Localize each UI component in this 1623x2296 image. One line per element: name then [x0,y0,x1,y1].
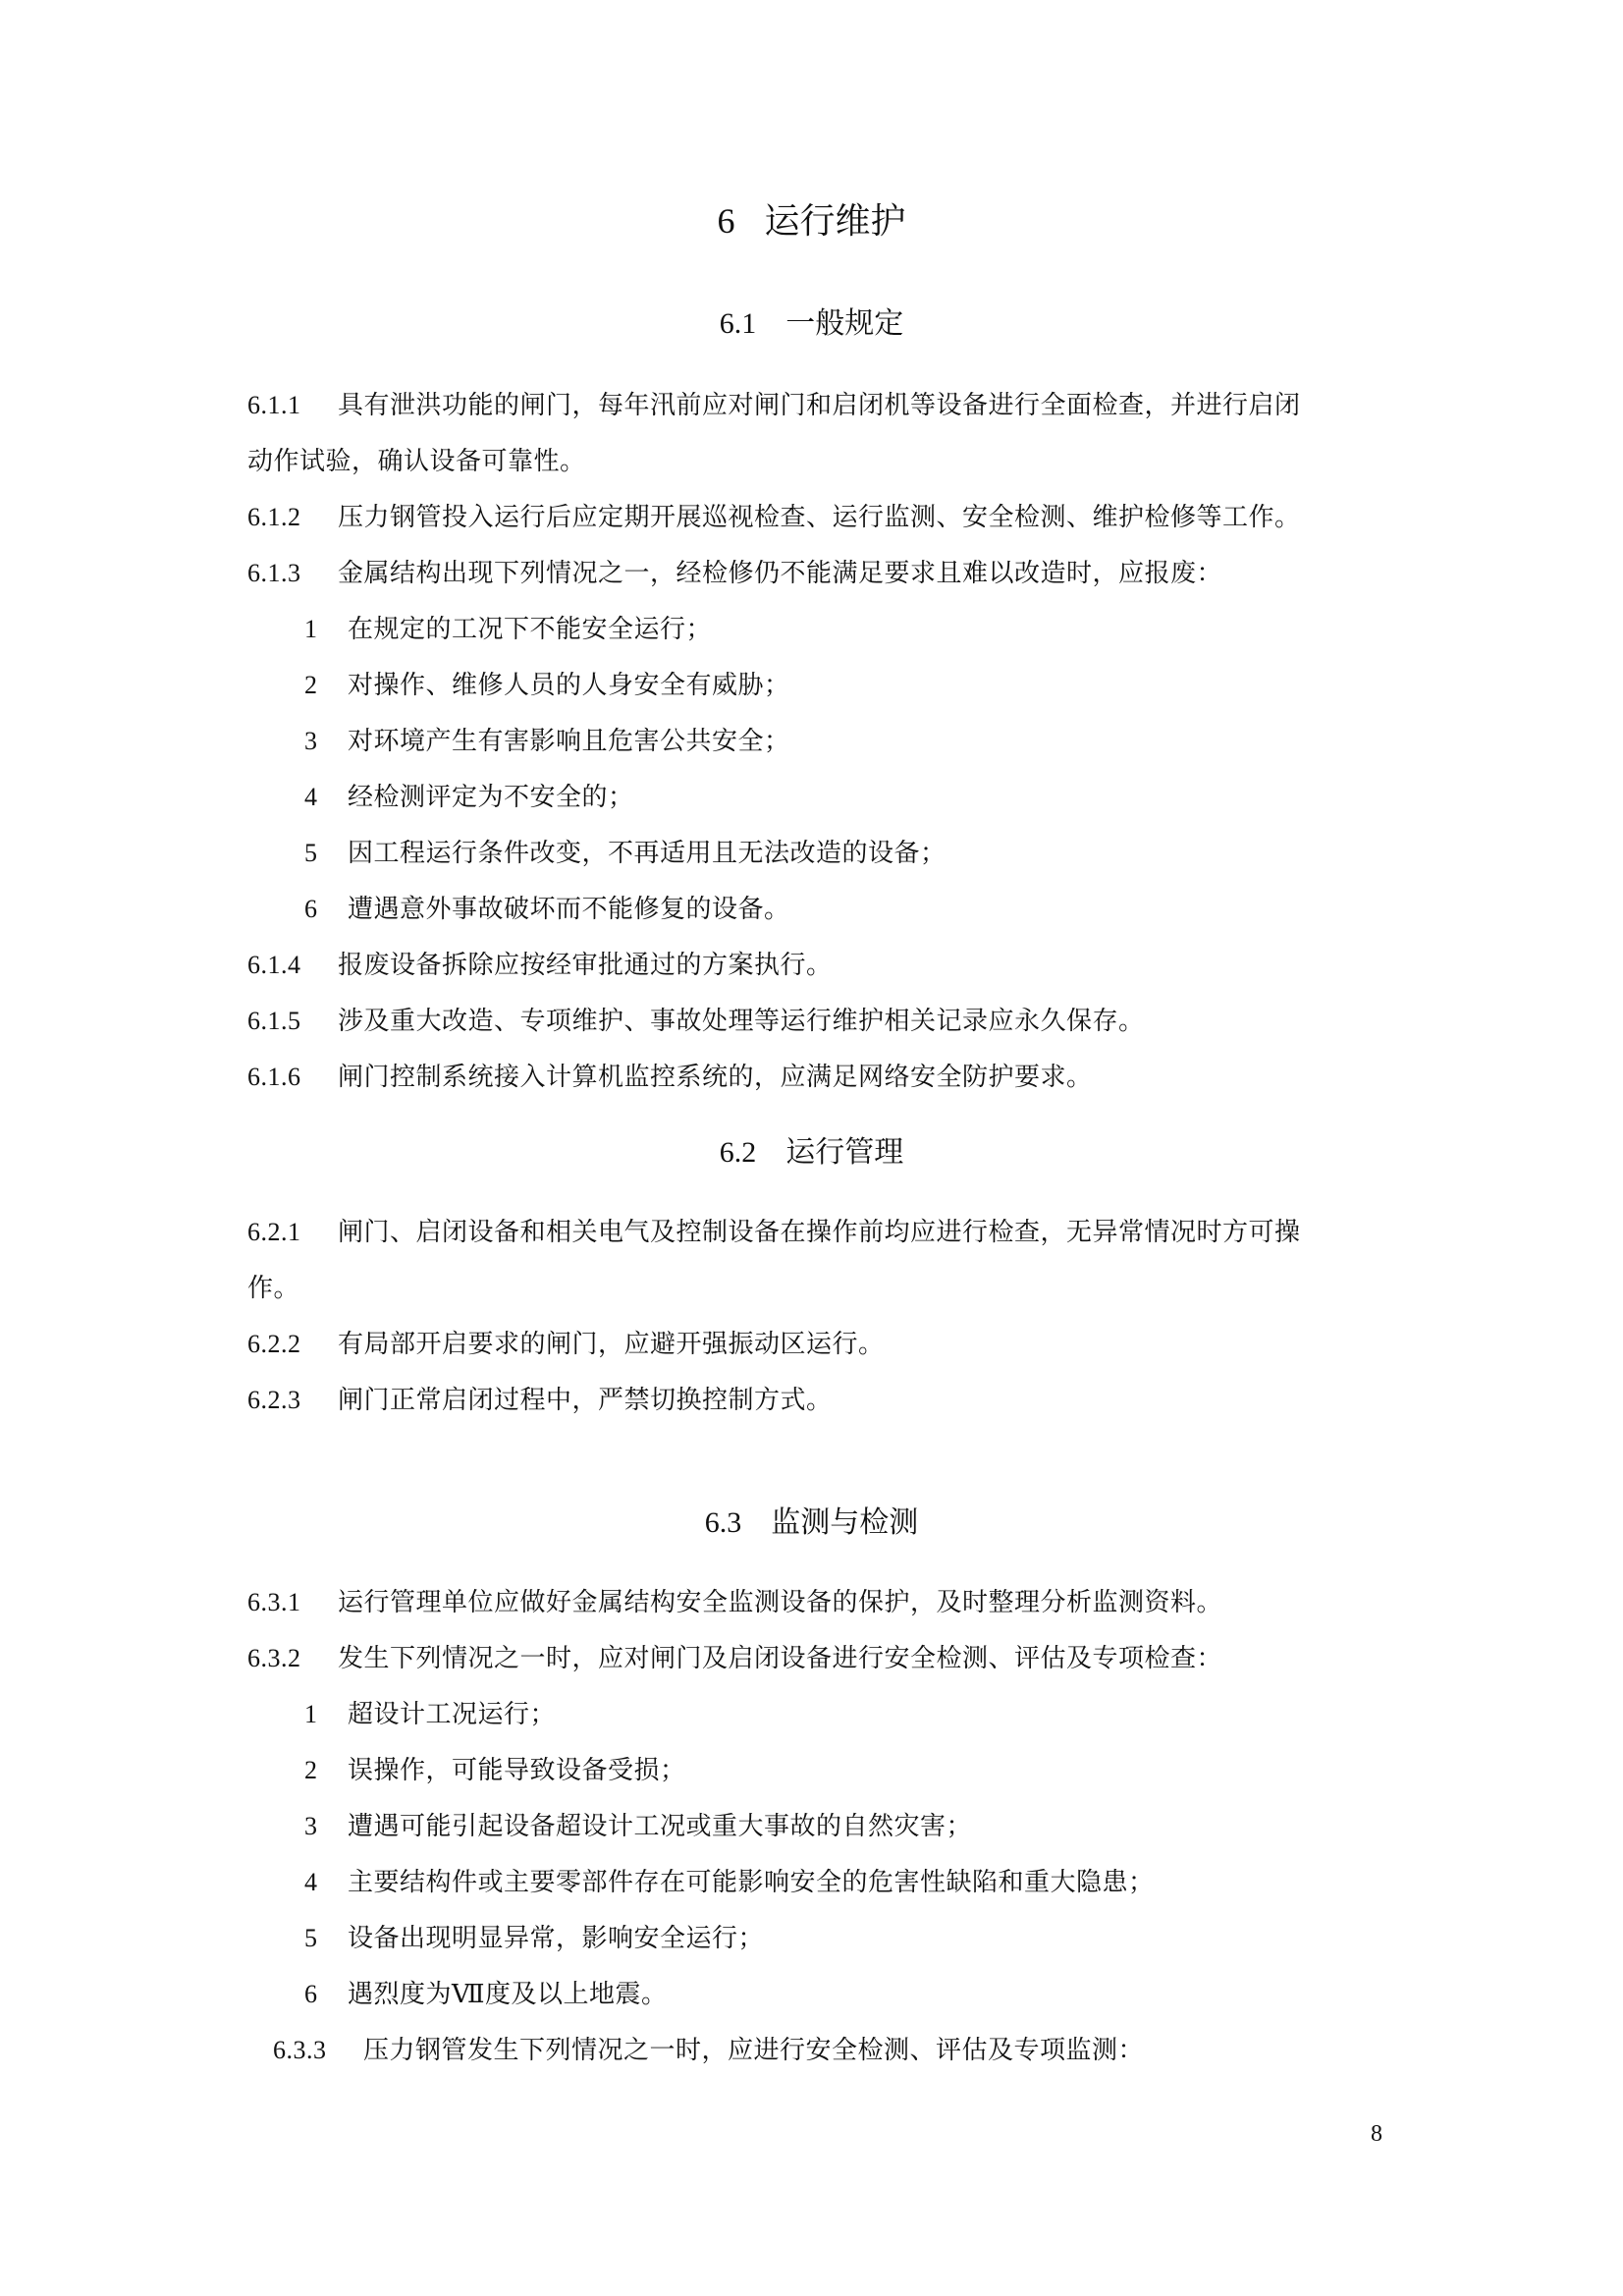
clause-text: 具有泄洪功能的闸门，每年汛前应对闸门和启闭机等设备进行全面检查，并进行启闭 [338,391,1301,420]
clause-number: 6.2.2 [247,1325,338,1364]
clause-number: 6.1.4 [247,946,338,985]
list-item: 4主要结构件或主要零部件存在可能影响安全的危害性缺陷和重大隐患； [304,1863,1155,1902]
clause-text: 有局部开启要求的闸门，应避开强振动区运行。 [338,1330,885,1359]
chapter-title: 6运行维护 [0,196,1623,246]
item-text: 经检测评定为不安全的； [348,783,634,812]
clause-6-3-3: 6.3.3压力钢管发生下列情况之一时，应进行安全检测、评估及专项监测： [273,2031,1144,2070]
item-text: 设备出现明显异常，影响安全运行； [348,1924,764,1953]
item-text: 在规定的工况下不能安全运行； [348,615,712,644]
section-title-6-1: 6.1一般规定 [0,302,1623,346]
item-number: 1 [304,1695,348,1734]
item-number: 2 [304,666,348,705]
clause-6-3-2: 6.3.2发生下列情况之一时，应对闸门及启闭设备进行安全检测、评估及专项检查： [247,1639,1222,1678]
list-item: 1在规定的工况下不能安全运行； [304,610,712,649]
page-number: 8 [1371,2119,1382,2149]
item-text: 对操作、维修人员的人身安全有威胁； [348,671,790,700]
clause-number: 6.2.3 [247,1381,338,1420]
clause-text: 闸门、启闭设备和相关电气及控制设备在操作前均应进行检查，无异常情况时方可操 [338,1218,1301,1247]
clause-6-1-1: 6.1.1具有泄洪功能的闸门，每年汛前应对闸门和启闭机等设备进行全面检查，并进行… [247,386,1301,425]
item-number: 5 [304,834,348,873]
clause-number: 6.1.5 [247,1002,338,1041]
chapter-title-text: 运行维护 [764,201,905,242]
clause-number: 6.3.1 [247,1583,338,1622]
list-item: 3对环境产生有害影响且危害公共安全； [304,722,790,761]
item-number: 5 [304,1919,348,1958]
list-item: 2误操作，可能导致设备受损； [304,1751,686,1790]
clause-6-1-1-continuation: 动作试验，确认设备可靠性。 [247,442,586,481]
list-item: 6遭遇意外事故破坏而不能修复的设备。 [304,890,790,929]
clause-text: 运行管理单位应做好金属结构安全监测设备的保护，及时整理分析监测资料。 [338,1588,1222,1617]
clause-number: 6.1.2 [247,498,338,537]
clause-6-2-3: 6.2.3闸门正常启闭过程中，严禁切换控制方式。 [247,1381,833,1420]
section-number: 6.1 [720,307,757,340]
item-text: 误操作，可能导致设备受损； [348,1756,686,1785]
clause-6-1-6: 6.1.6闸门控制系统接入计算机监控系统的，应满足网络安全防护要求。 [247,1058,1093,1097]
list-item: 4经检测评定为不安全的； [304,778,634,817]
clause-6-2-1-continuation: 作。 [247,1269,299,1308]
section-title-text: 一般规定 [785,306,903,341]
list-item: 5因工程运行条件改变，不再适用且无法改造的设备； [304,834,947,873]
item-text: 遇烈度为Ⅶ度及以上地震。 [348,1980,668,2009]
item-number: 6 [304,890,348,929]
item-text: 主要结构件或主要零部件存在可能影响安全的危害性缺陷和重大隐患； [348,1868,1155,1897]
item-text: 因工程运行条件改变，不再适用且无法改造的设备； [348,839,947,868]
clause-number: 6.3.2 [247,1639,338,1678]
clause-text: 涉及重大改造、专项维护、事故处理等运行维护相关记录应永久保存。 [338,1007,1145,1036]
document-page: 6运行维护 6.1一般规定 6.1.1具有泄洪功能的闸门，每年汛前应对闸门和启闭… [0,0,1623,2296]
clause-text: 金属结构出现下列情况之一，经检修仍不能满足要求且难以改造时，应报废： [338,559,1222,588]
item-number: 3 [304,1807,348,1846]
section-number: 6.3 [705,1506,742,1539]
clause-6-3-1: 6.3.1运行管理单位应做好金属结构安全监测设备的保护，及时整理分析监测资料。 [247,1583,1222,1622]
clause-number: 6.1.6 [247,1058,338,1097]
item-text: 遭遇意外事故破坏而不能修复的设备。 [348,895,790,924]
clause-6-1-3: 6.1.3金属结构出现下列情况之一，经检修仍不能满足要求且难以改造时，应报废： [247,554,1222,593]
section-title-6-2: 6.2运行管理 [0,1131,1623,1175]
clause-number: 6.1.1 [247,386,338,425]
clause-number: 6.1.3 [247,554,338,593]
item-number: 4 [304,778,348,817]
item-number: 4 [304,1863,348,1902]
item-number: 6 [304,1975,348,2014]
clause-text: 发生下列情况之一时，应对闸门及启闭设备进行安全检测、评估及专项检查： [338,1644,1222,1673]
clause-6-1-5: 6.1.5涉及重大改造、专项维护、事故处理等运行维护相关记录应永久保存。 [247,1002,1145,1041]
list-item: 6遇烈度为Ⅶ度及以上地震。 [304,1975,668,2014]
clause-text: 闸门正常启闭过程中，严禁切换控制方式。 [338,1386,833,1415]
item-number: 3 [304,722,348,761]
clause-6-1-4: 6.1.4报废设备拆除应按经审批通过的方案执行。 [247,946,833,985]
chapter-number: 6 [717,201,734,241]
item-number: 2 [304,1751,348,1790]
item-text: 遭遇可能引起设备超设计工况或重大事故的自然灾害； [348,1812,972,1841]
item-text: 超设计工况运行； [348,1700,556,1729]
clause-text: 闸门控制系统接入计算机监控系统的，应满足网络安全防护要求。 [338,1063,1093,1092]
list-item: 2对操作、维修人员的人身安全有威胁； [304,666,790,705]
list-item: 5设备出现明显异常，影响安全运行； [304,1919,764,1958]
clause-6-1-2: 6.1.2压力钢管投入运行后应定期开展巡视检查、运行监测、安全检测、维护检修等工… [247,498,1301,537]
section-title-text: 运行管理 [785,1135,903,1170]
section-title-6-3: 6.3监测与检测 [0,1502,1623,1545]
clause-text: 报废设备拆除应按经审批通过的方案执行。 [338,951,833,980]
list-item: 1超设计工况运行； [304,1695,556,1734]
clause-text: 压力钢管投入运行后应定期开展巡视检查、运行监测、安全检测、维护检修等工作。 [338,503,1301,532]
section-title-text: 监测与检测 [771,1505,918,1540]
clause-text: 压力钢管发生下列情况之一时，应进行安全检测、评估及专项监测： [363,2036,1144,2065]
clause-6-2-2: 6.2.2有局部开启要求的闸门，应避开强振动区运行。 [247,1325,885,1364]
item-number: 1 [304,610,348,649]
item-text: 对环境产生有害影响且危害公共安全； [348,727,790,756]
section-number: 6.2 [720,1136,757,1169]
list-item: 3遭遇可能引起设备超设计工况或重大事故的自然灾害； [304,1807,972,1846]
clause-number: 6.2.1 [247,1213,338,1252]
clause-6-2-1: 6.2.1闸门、启闭设备和相关电气及控制设备在操作前均应进行检查，无异常情况时方… [247,1213,1301,1252]
clause-number: 6.3.3 [273,2031,363,2070]
